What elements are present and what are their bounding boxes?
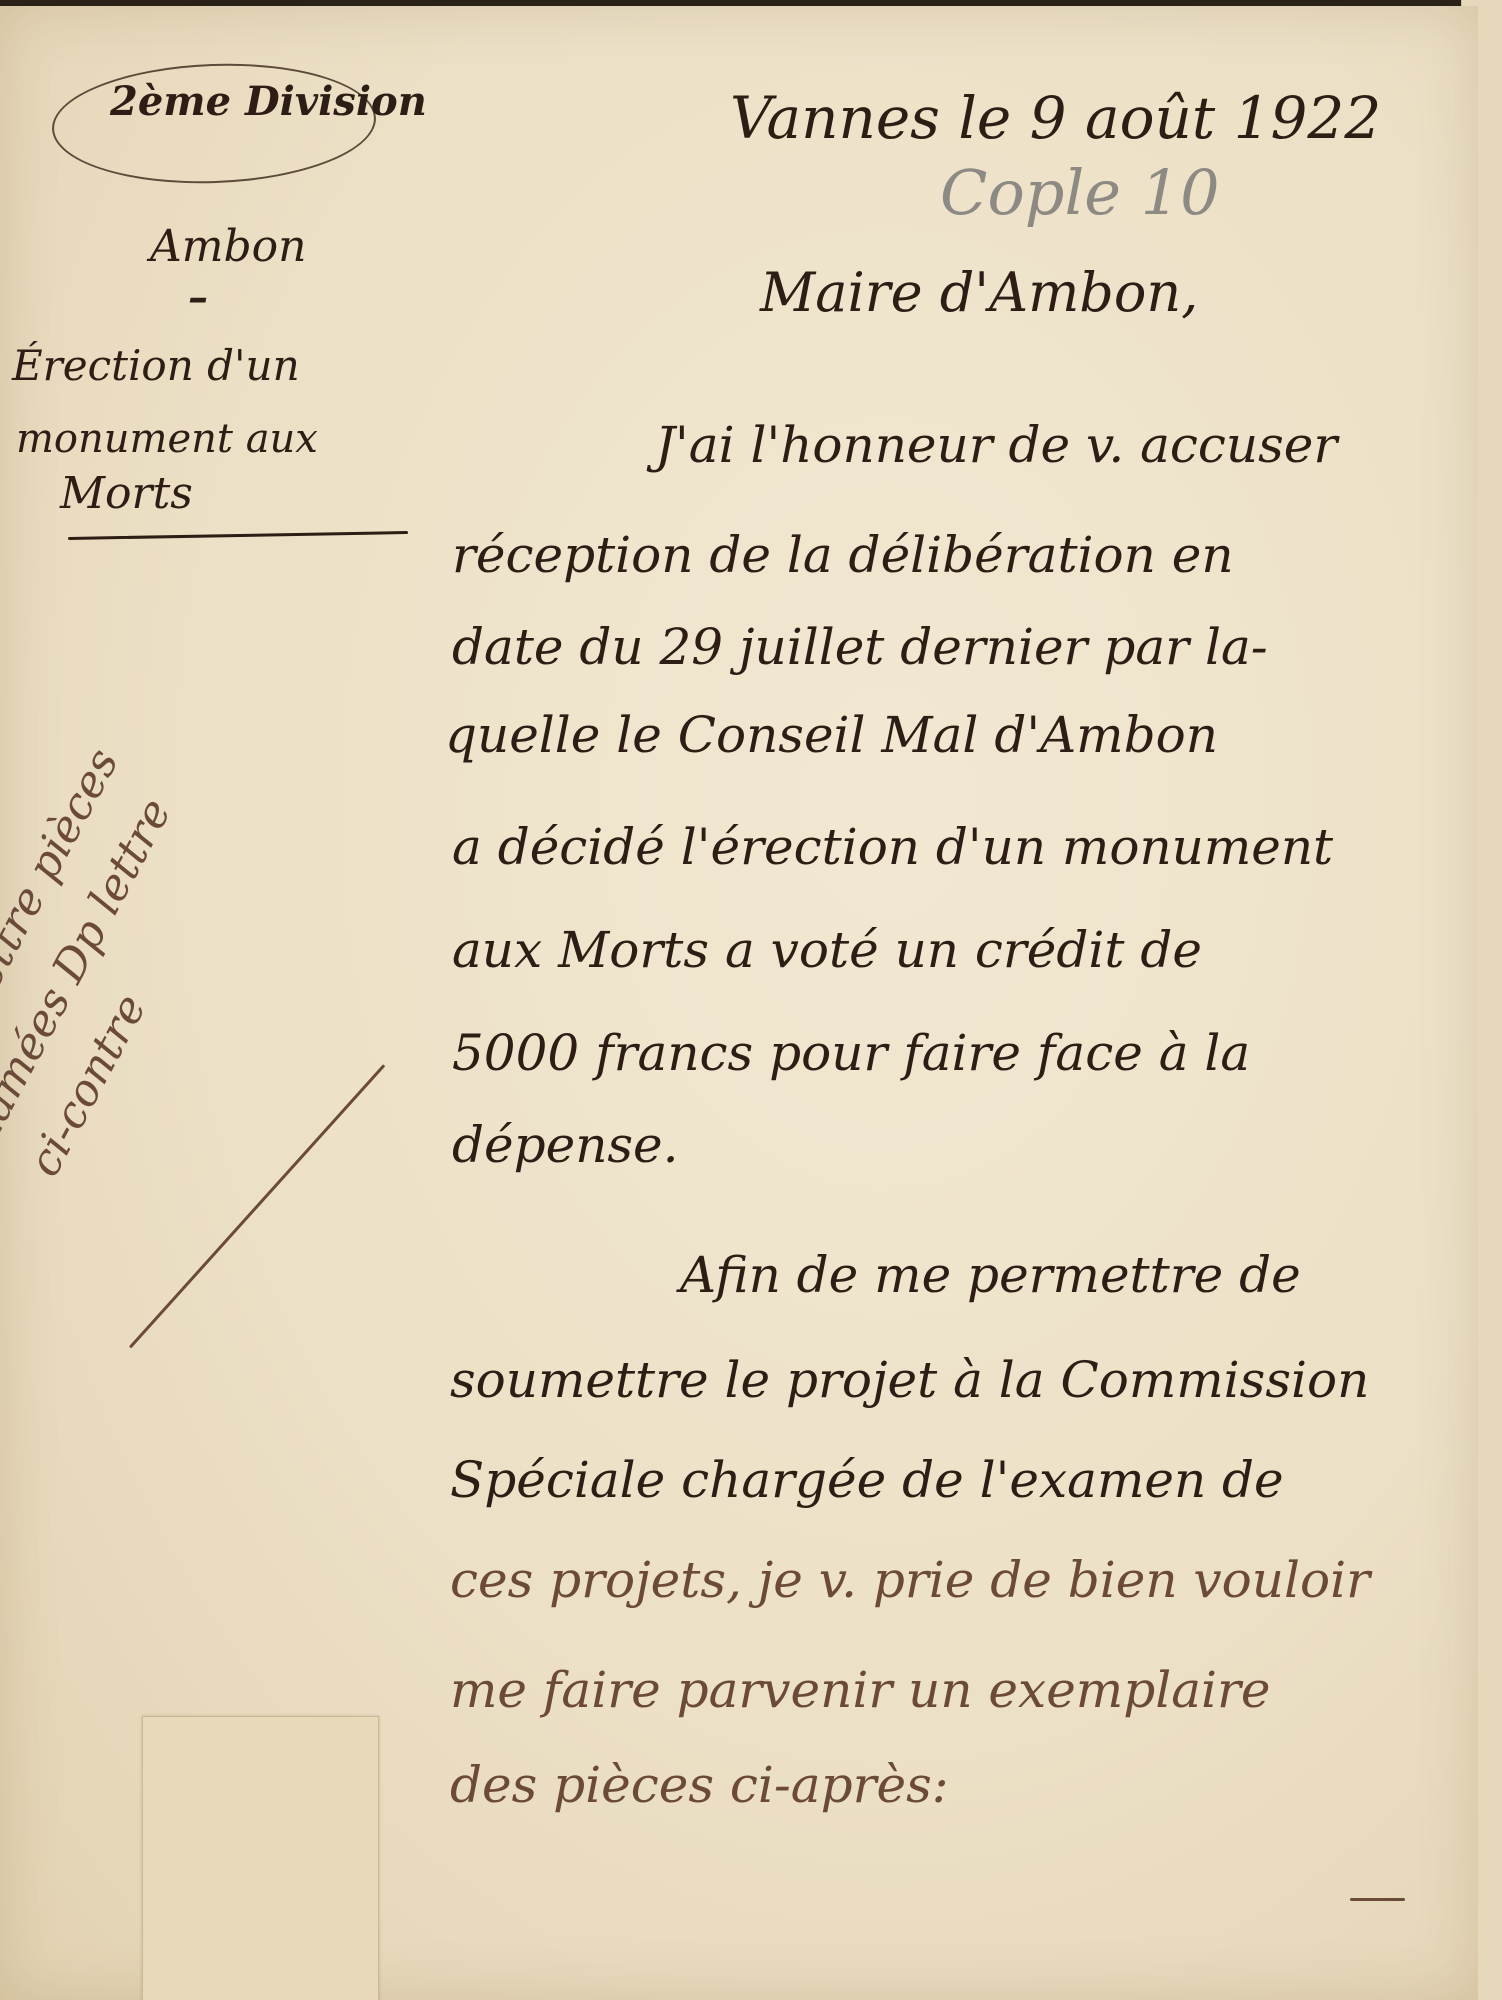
body-line-6: aux Morts a voté un crédit de: [452, 921, 1202, 979]
footer-dash: [1350, 1898, 1405, 1901]
margin-dash: –: [188, 274, 208, 321]
place-date: Vannes le 9 août 1922: [730, 84, 1381, 152]
body-line-9: Afin de me permettre de: [680, 1246, 1301, 1304]
body-line-5: a décidé l'érection d'un monument: [452, 818, 1333, 876]
body-line-3: date du 29 juillet dernier par la-: [452, 618, 1268, 676]
body-line-8: dépense.: [452, 1116, 679, 1174]
margin-underline: [68, 531, 408, 540]
letter-sheet: 2ème Division Vannes le 9 août 1922 Copl…: [0, 6, 1478, 2000]
division-label: 2ème Division: [110, 78, 427, 125]
margin-subject-line-3: Morts: [60, 468, 193, 519]
annotation-underline: [129, 1064, 385, 1348]
body-line-1: J'ai l'honneur de v. accuser: [655, 416, 1337, 474]
margin-subject-line-2: monument aux: [16, 416, 318, 462]
body-line-10: soumettre le projet à la Commission: [450, 1351, 1369, 1409]
pencil-note: Cople 10: [940, 156, 1220, 229]
body-line-13: me faire parvenir un exemplaire: [450, 1661, 1271, 1719]
body-line-11: Spéciale chargée de l'examen de: [450, 1451, 1284, 1509]
salutation: Maire d'Ambon,: [760, 261, 1198, 324]
body-line-4: quelle le Conseil Mal d'Ambon: [445, 706, 1218, 764]
margin-subject-line-1: Érection d'un: [12, 341, 300, 390]
margin-commune: Ambon: [150, 221, 307, 272]
body-line-7: 5000 francs pour faire face à la: [452, 1024, 1250, 1082]
paper-patch: [142, 1716, 379, 2000]
body-line-2: réception de la délibération en: [452, 526, 1234, 584]
body-line-14: des pièces ci-après:: [450, 1756, 949, 1814]
body-line-12: ces projets, je v. prie de bien vouloir: [450, 1551, 1370, 1609]
